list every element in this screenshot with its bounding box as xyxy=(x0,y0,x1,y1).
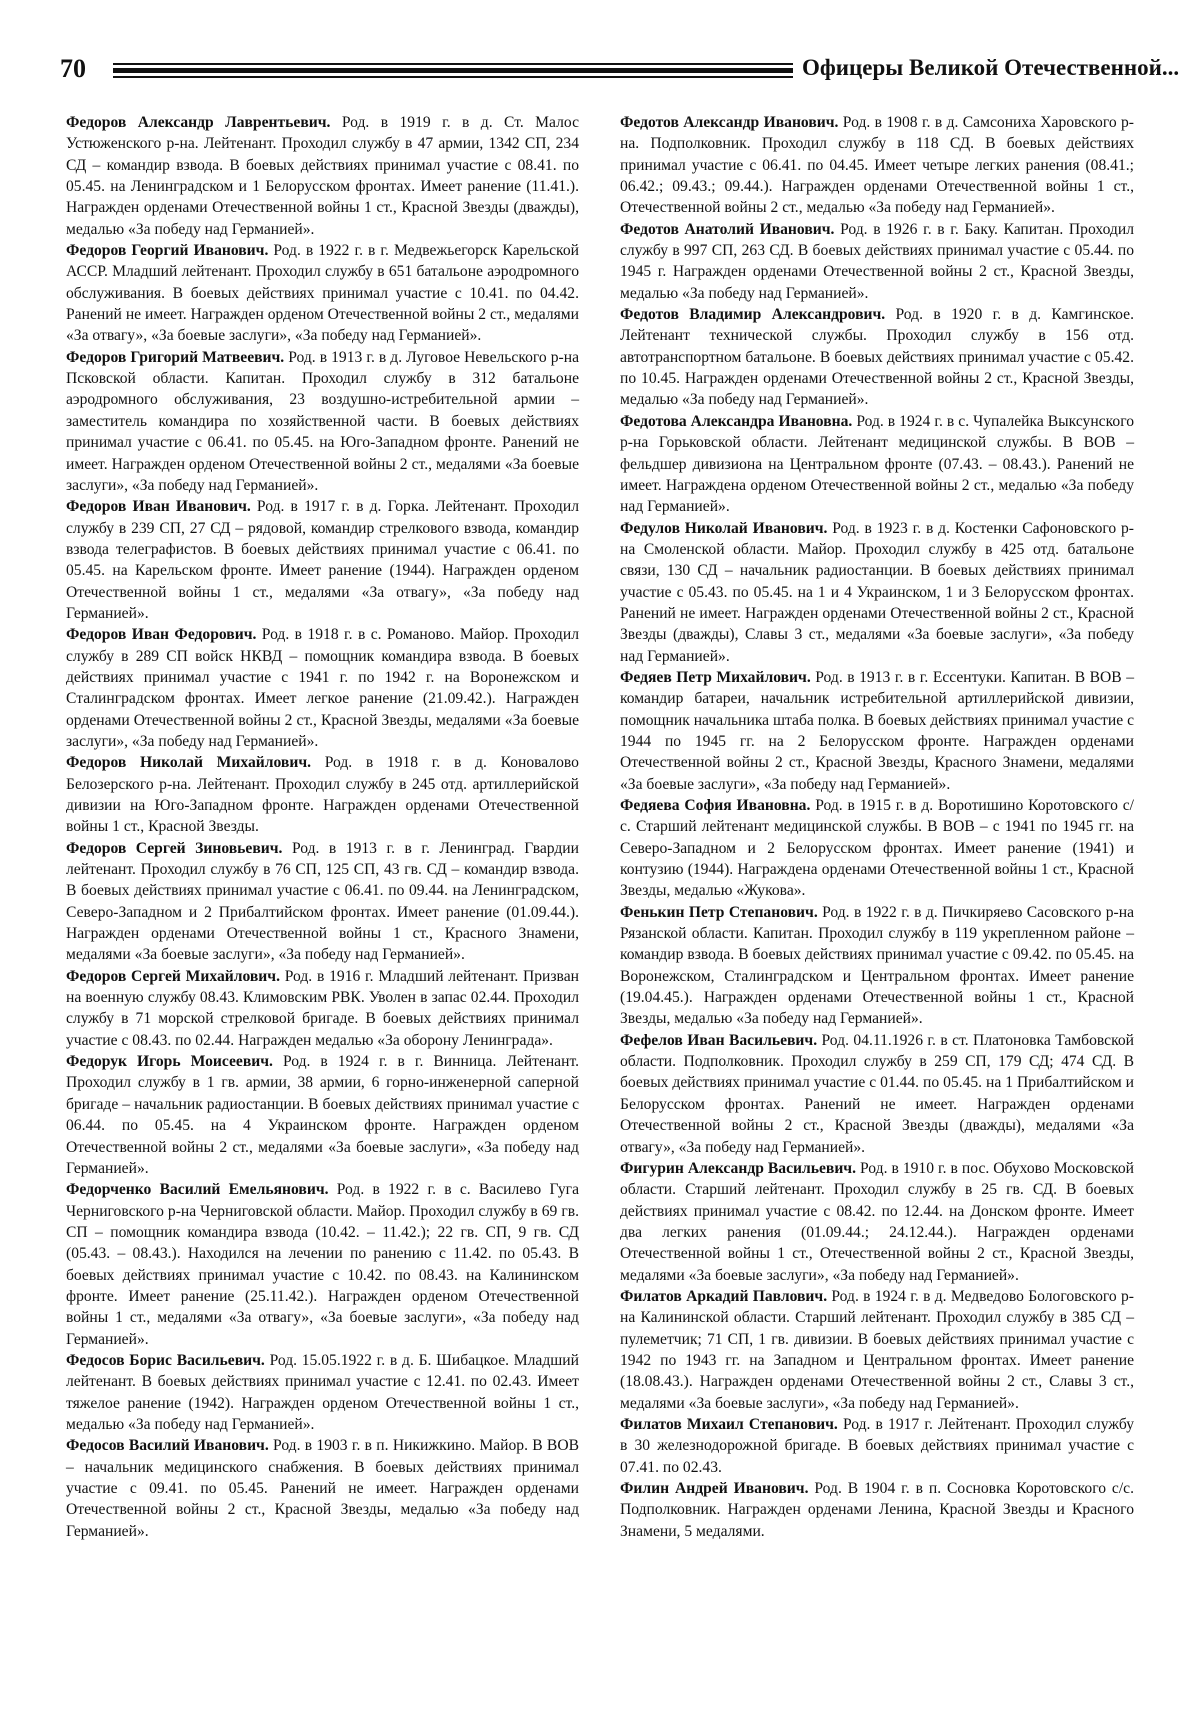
entry: Фенькин Петр Степанович. Род. в 1922 г. … xyxy=(620,902,1134,1030)
entry-name: Федотов Александр Иванович. xyxy=(620,114,838,131)
entry-name: Федоров Александр Лаврентьевич. xyxy=(66,114,330,131)
entry: Федорук Игорь Моисеевич. Род. в 1924 г. … xyxy=(66,1051,579,1179)
entry-name: Федоров Григорий Матвеевич. xyxy=(66,349,284,366)
entry-text: Род. в 1924 г. в г. Винница. Лейтенант. … xyxy=(66,1053,579,1177)
page-number: 70 xyxy=(60,54,86,84)
entry: Федулов Николай Иванович. Род. в 1923 г.… xyxy=(620,518,1134,667)
entry-name: Федяев Петр Михайлович. xyxy=(620,669,811,686)
entry-text: Род. в 1923 г. в д. Костенки Сафоновског… xyxy=(620,520,1134,665)
entry: Федосов Василий Иванович. Род. в 1903 г.… xyxy=(66,1435,579,1542)
entry: Федотов Анатолий Иванович. Род. в 1926 г… xyxy=(620,219,1134,304)
entry-text: Род. в 1922 г. в д. Пичкиряево Сасовског… xyxy=(620,904,1134,1028)
entry: Федоров Сергей Михайлович. Род. в 1916 г… xyxy=(66,966,579,1051)
entry-name: Филатов Михаил Степанович. xyxy=(620,1416,838,1433)
entry-text: Род. в 1913 г. в г. Ленинград. Гвардии л… xyxy=(66,840,579,964)
entry-name: Федотов Владимир Александрович. xyxy=(620,306,885,323)
entry: Федяева София Ивановна. Род. в 1915 г. в… xyxy=(620,795,1134,902)
entry: Филатов Михаил Степанович. Род. в 1917 г… xyxy=(620,1414,1134,1478)
entry-text: Род. в 1924 г. в д. Медведово Бологовско… xyxy=(620,1288,1134,1412)
entry: Федоров Александр Лаврентьевич. Род. в 1… xyxy=(66,112,579,240)
entry: Фигурин Александр Васильевич. Род. в 191… xyxy=(620,1158,1134,1286)
entry-name: Федосов Василий Иванович. xyxy=(66,1437,269,1454)
entry-text: Род. 04.11.1926 г. в ст. Платоновка Тамб… xyxy=(620,1032,1134,1156)
entry-name: Фенькин Петр Степанович. xyxy=(620,904,818,921)
entry-text: Род. в 1918 г. в с. Романово. Майор. Про… xyxy=(66,626,579,750)
entry-name: Фигурин Александр Васильевич. xyxy=(620,1160,856,1177)
entry: Федоров Григорий Матвеевич. Род. в 1913 … xyxy=(66,347,579,496)
entry-name: Федоров Георгий Иванович. xyxy=(66,242,268,259)
entry-name: Филатов Аркадий Павлович. xyxy=(620,1288,827,1305)
entry-name: Федоров Иван Федорович. xyxy=(66,626,256,643)
entry: Федяев Петр Михайлович. Род. в 1913 г. в… xyxy=(620,667,1134,795)
entry: Федоров Николай Михайлович. Род. в 1918 … xyxy=(66,752,579,837)
entry-name: Федоров Иван Иванович. xyxy=(66,498,251,515)
entry-text: Род. в 1922 г. в с. Василево Гуга Черниг… xyxy=(66,1181,579,1347)
entry: Федосов Борис Васильевич. Род. 15.05.192… xyxy=(66,1350,579,1435)
entry: Федоров Сергей Зиновьевич. Род. в 1913 г… xyxy=(66,838,579,966)
running-title: Офицеры Великой Отечественной... xyxy=(802,55,1179,81)
entry: Федотова Александра Ивановна. Род. в 192… xyxy=(620,411,1134,518)
entry-name: Федосов Борис Васильевич. xyxy=(66,1352,265,1369)
entry: Филин Андрей Иванович. Род. В 1904 г. в … xyxy=(620,1478,1134,1542)
entry-text: Род. в 1917 г. в д. Горка. Лейтенант. Пр… xyxy=(66,498,579,622)
page-header: 70 Офицеры Великой Отечественной... xyxy=(60,52,1140,92)
entry: Федотов Александр Иванович. Род. в 1908 … xyxy=(620,112,1134,219)
entry: Федоров Георгий Иванович. Род. в 1922 г.… xyxy=(66,240,579,347)
entry: Филатов Аркадий Павлович. Род. в 1924 г.… xyxy=(620,1286,1134,1414)
entry: Федорченко Василий Емельянович. Род. в 1… xyxy=(66,1179,579,1350)
entry: Федоров Иван Федорович. Род. в 1918 г. в… xyxy=(66,624,579,752)
entry: Фефелов Иван Васильевич. Род. 04.11.1926… xyxy=(620,1030,1134,1158)
entry-name: Федяева София Ивановна. xyxy=(620,797,810,814)
entry-text: Род. в 1913 г. в д. Луговое Невельского … xyxy=(66,349,579,494)
entry-name: Федорченко Василий Емельянович. xyxy=(66,1181,329,1198)
entry-name: Филин Андрей Иванович. xyxy=(620,1480,808,1497)
entry-text: Род. в 1913 г. в г. Ессентуки. Капитан. … xyxy=(620,669,1134,793)
entry-name: Федоров Сергей Зиновьевич. xyxy=(66,840,282,857)
entry-name: Фефелов Иван Васильевич. xyxy=(620,1032,817,1049)
entry-name: Федотов Анатолий Иванович. xyxy=(620,221,834,238)
right-column: Федотов Александр Иванович. Род. в 1908 … xyxy=(620,112,1134,1542)
header-rule-lines xyxy=(113,62,793,80)
entry-name: Федорук Игорь Моисеевич. xyxy=(66,1053,273,1070)
left-column: Федоров Александр Лаврентьевич. Род. в 1… xyxy=(66,112,579,1542)
entry-name: Федотова Александра Ивановна. xyxy=(620,413,852,430)
entry: Федотов Владимир Александрович. Род. в 1… xyxy=(620,304,1134,411)
entry-name: Федоров Сергей Михайлович. xyxy=(66,968,280,985)
entry-name: Федоров Николай Михайлович. xyxy=(66,754,311,771)
entry-text: Род. в 1910 г. в пос. Обухово Московской… xyxy=(620,1160,1134,1284)
entry: Федоров Иван Иванович. Род. в 1917 г. в … xyxy=(66,496,579,624)
entry-text: Род. в 1919 г. в д. Ст. Малос Устюженско… xyxy=(66,114,579,238)
entry-name: Федулов Николай Иванович. xyxy=(620,520,827,537)
